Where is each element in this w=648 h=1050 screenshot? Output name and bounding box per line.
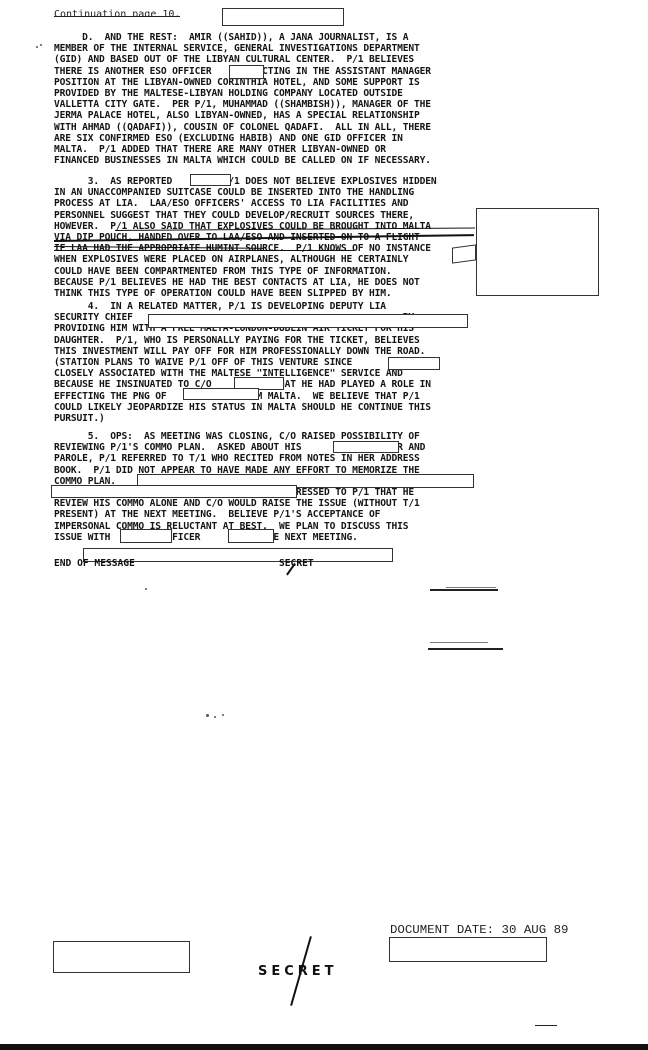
text-line: PROVIDED BY THE MALTESE-LIBYAN HOLDING C…: [54, 88, 403, 99]
text-line: 3. AS REPORTED P/1 DOES NOT BELIEVE EXPL…: [54, 176, 437, 187]
text-line: 4. IN A RELATED MATTER, P/1 IS DEVELOPIN…: [54, 301, 386, 312]
document-date: DOCUMENT DATE: 30 AUG 89: [390, 923, 568, 937]
text-line: PAROLE, P/1 REFERRED TO T/1 WHO RECITED …: [54, 453, 420, 464]
redaction-box: [333, 441, 399, 453]
redaction-box-header: [222, 8, 344, 26]
redaction-box-footer-right: [389, 937, 547, 962]
text-line: BECAUSE P/1 BELIEVES HE HAD THE BEST CON…: [54, 277, 420, 288]
redaction-box: [228, 529, 274, 543]
redaction-box: [51, 485, 297, 498]
redaction-box: [120, 529, 172, 543]
end-of-message: END OF MESSAGE: [54, 558, 135, 569]
text-line: (GID) AND BASED OUT OF THE LIBYAN CULTUR…: [54, 54, 414, 65]
paragraph-d: D. AND THE REST: AMIR ((SAHID)), A JANA …: [54, 32, 484, 189]
scan-mark: [535, 1025, 557, 1026]
text-line: ARE SIX CONFIRMED ESO (EXCLUDING HABIB) …: [54, 133, 403, 144]
document-page: Continuation page 10. D. AND THE REST: A…: [0, 0, 648, 1050]
text-line: DAUGHTER. P/1, WHO IS PERSONALLY PAYING …: [54, 335, 420, 346]
text-line: CLOSELY ASSOCIATED WITH THE MALTESE "INT…: [54, 368, 403, 379]
redaction-box: [183, 388, 259, 400]
paragraph-3: 3. AS REPORTED P/1 DOES NOT BELIEVE EXPL…: [54, 176, 484, 322]
redaction-box-margin: [476, 208, 599, 296]
text-line: IN AN UNACCOMPANIED SUITCASE COULD BE IN…: [54, 187, 414, 198]
scan-edge: [0, 1044, 648, 1050]
margin-marker-box: [452, 244, 476, 263]
redaction-box: [148, 314, 468, 328]
stamp-mark: [430, 589, 498, 591]
scan-speck: [214, 716, 216, 718]
text-line: VALLETTA CITY GATE. PER P/1, MUHAMMAD ((…: [54, 99, 431, 110]
scan-speck: [206, 714, 209, 717]
stamp-mark: [430, 642, 488, 643]
scan-speck: [36, 46, 38, 48]
text-line: IF LAA HAD THE APPROPRIATE HUMINT SOURCE…: [54, 243, 431, 254]
stamp-mark: [446, 587, 496, 588]
text-line: PERSONNEL SUGGEST THAT THEY COULD DEVELO…: [54, 210, 414, 221]
text-line: (STATION PLANS TO WAIVE P/1 OFF OF THIS …: [54, 357, 425, 368]
redaction-box: [190, 174, 231, 186]
text-line: PURSUIT.): [54, 413, 105, 424]
continuation-header: Continuation page 10.: [54, 8, 180, 17]
text-line: THINK THIS TYPE OF OPERATION COULD HAVE …: [54, 288, 392, 299]
text-line: COULD HAVE BEEN COMPARTMENTED FROM THIS …: [54, 266, 392, 277]
scan-speck: [222, 714, 224, 716]
text-line: ISSUE WITH OFFICER BEFORE NEXT MEETING.: [54, 532, 358, 543]
text-line: PROCESS AT LIA. LAA/ESO OFFICERS' ACCESS…: [54, 198, 408, 209]
paragraph-5: 5. OPS: AS MEETING WAS CLOSING, C/O RAIS…: [54, 431, 484, 565]
text-line: THIS INVESTMENT WILL PAY OFF FOR HIM PRO…: [54, 346, 425, 357]
text-line: PRESENT) AT THE NEXT MEETING. BELIEVE P/…: [54, 509, 380, 520]
text-line: JERMA PALACE HOTEL, ALSO LIBYAN-OWNED, H…: [54, 110, 420, 121]
classification-mark: SECRET: [279, 558, 314, 569]
text-line: MEMBER OF THE INTERNAL SERVICE, GENERAL …: [54, 43, 420, 54]
redaction-box: [229, 65, 264, 79]
text-line: D. AND THE REST: AMIR ((SAHID)), A JANA …: [54, 32, 408, 43]
text-line: WITH AHMAD ((QADAFI)), COUSIN OF COLONEL…: [54, 122, 431, 133]
stamp-mark: [428, 648, 503, 650]
text-line: REVIEW HIS COMMO ALONE AND C/O WOULD RAI…: [54, 498, 420, 509]
text-line: WHEN EXPLOSIVES WERE PLACED ON AIRPLANES…: [54, 254, 408, 265]
text-line: MALTA. P/1 ADDED THAT THERE ARE MANY OTH…: [54, 144, 386, 155]
scan-speck: [145, 588, 147, 590]
text-line: COULD LIKELY JEOPARDIZE HIS STATUS IN MA…: [54, 402, 431, 413]
handwritten-underline: [54, 250, 354, 251]
scan-speck: [40, 44, 42, 46]
text-line: FINANCED BUSINESSES IN MALTA WHICH COULD…: [54, 155, 431, 166]
text-line: HOWEVER. P/1 ALSO SAID THAT EXPLOSIVES C…: [54, 221, 431, 232]
redaction-box: [388, 357, 440, 370]
redaction-box-footer-left: [53, 941, 190, 973]
